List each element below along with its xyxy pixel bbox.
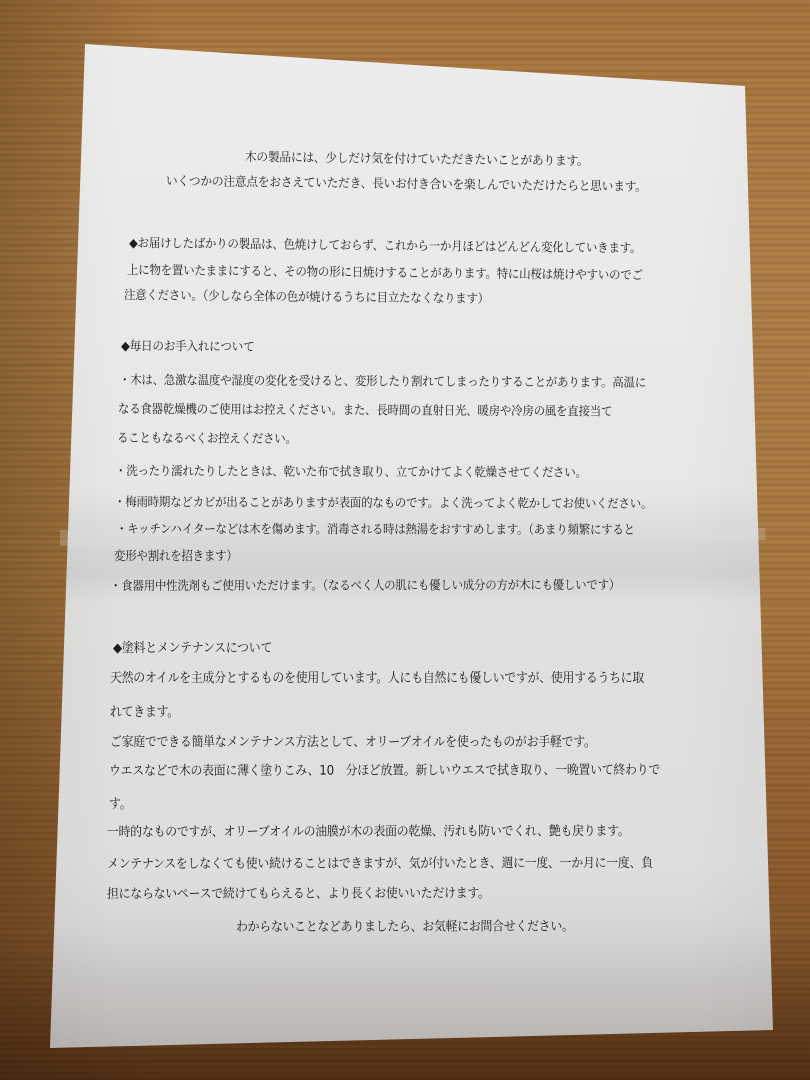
daily-care-line-7: 変形や割れを招きます） <box>114 545 238 564</box>
closing-line: わからないことなどありましたら、お気軽にお問合せください。 <box>236 915 574 935</box>
finish-line-1: 天然のオイルを主成分とするものを使用しています。人にも自然にも優しいですが、使用… <box>110 667 644 686</box>
finish-line-3: ご家庭でできる簡単なメンテナンス方法として、オリーブオイルを使ったものがお手軽で… <box>110 731 596 750</box>
sunburn-note-line-3: 注意ください。（少しなら全体の色が焼けるうちに目立たなくなります） <box>124 284 489 307</box>
finish-line-4: ウエスなどで木の表面に薄く塗りこみ、10 分ほど放置。新しいウエスで拭き取り、一… <box>109 759 660 779</box>
finish-line-6: 一時的なものですが、オリーブオイルの油膜が木の表面の乾燥、汚れも防いでくれ、艶も… <box>107 820 629 840</box>
finish-heading: ◆塗料とメンテナンスについて <box>113 637 272 656</box>
daily-care-line-2: なる食器乾燥機のご使用はお控えください。また、長時間の直射日光、暖房や冷房の風を… <box>118 398 612 420</box>
finish-line-8: 担にならないペースで続けてもらえると、より長くお使いいただけます。 <box>107 882 490 902</box>
daily-care-line-8: ・食器用中性洗剤もご使用いただけます。（なるべく人の肌にも優しい成分の方が木にも… <box>110 574 620 594</box>
finish-line-2: れてきます。 <box>110 701 179 720</box>
daily-care-line-1: ・木は、急激な温度や湿度の変化を受けると、変形したり割れてしまったりすることがあ… <box>119 369 646 391</box>
daily-care-heading: ◆毎日のお手入れについて <box>121 335 255 355</box>
daily-care-line-4: ・洗ったり濡れたりしたときは、乾いた布で拭き取り、立てかけてよく乾燥させてくださ… <box>115 460 587 481</box>
daily-care-line-6: ・キッチンハイターなどは木を傷めます。消毒される時は熱湯をおすすめします。（あま… <box>116 518 635 538</box>
finish-line-5: す。 <box>109 793 131 812</box>
daily-care-line-5: ・梅雨時期などカビが出ることがありますが表面的なものです。よく洗ってよく乾かして… <box>114 491 652 512</box>
daily-care-line-3: ることもなるべくお控えください。 <box>117 427 297 447</box>
finish-line-7: メンテナンスをしなくても使い続けることはできますが、気が付いたとき、週に一度、一… <box>107 852 653 872</box>
